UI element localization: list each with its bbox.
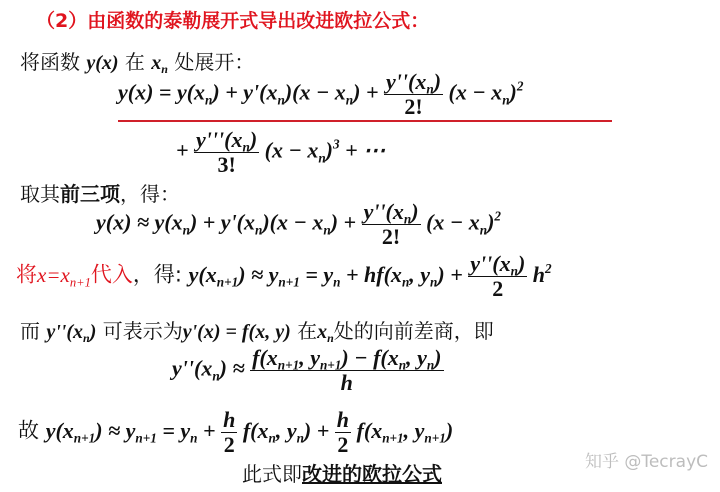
forward-difference-line: 而 y''(xn) 可表示为y'(x) = f(x, y) 在xn处的向前差商，…: [20, 315, 494, 344]
section-title: （2）由函数的泰勒展开式导出改进欧拉公式：: [36, 6, 429, 33]
taylor-expansion-eq-cont: + y'''(xn)3! (x − xn)3 + ⋯: [176, 128, 385, 177]
highlight-underline: [118, 120, 612, 122]
truncated-taylor-eq: y(x) ≈ y(xn) + y'(xn)(x − xn) + y''(xn)2…: [96, 200, 501, 249]
conclusion-line: 此式即改进的欧拉公式: [242, 458, 442, 487]
watermark: 知乎 @TecrayC: [585, 447, 708, 472]
taylor-expansion-eq: y(x) = y(xn) + y'(xn)(x − xn) + y''(xn)2…: [118, 70, 523, 119]
difference-quotient-eq: y''(xn) ≈ f(xn+1, yn+1) − f(xn, yn)h: [172, 346, 444, 395]
improved-euler-eq: 故 y(xn+1) ≈ yn+1 = yn + h2 f(xn, yn) + h…: [18, 408, 453, 457]
substitution-line: 将x=xn+1代入，得: y(xn+1) ≈ yn+1 = yn + hf(xn…: [16, 252, 552, 301]
